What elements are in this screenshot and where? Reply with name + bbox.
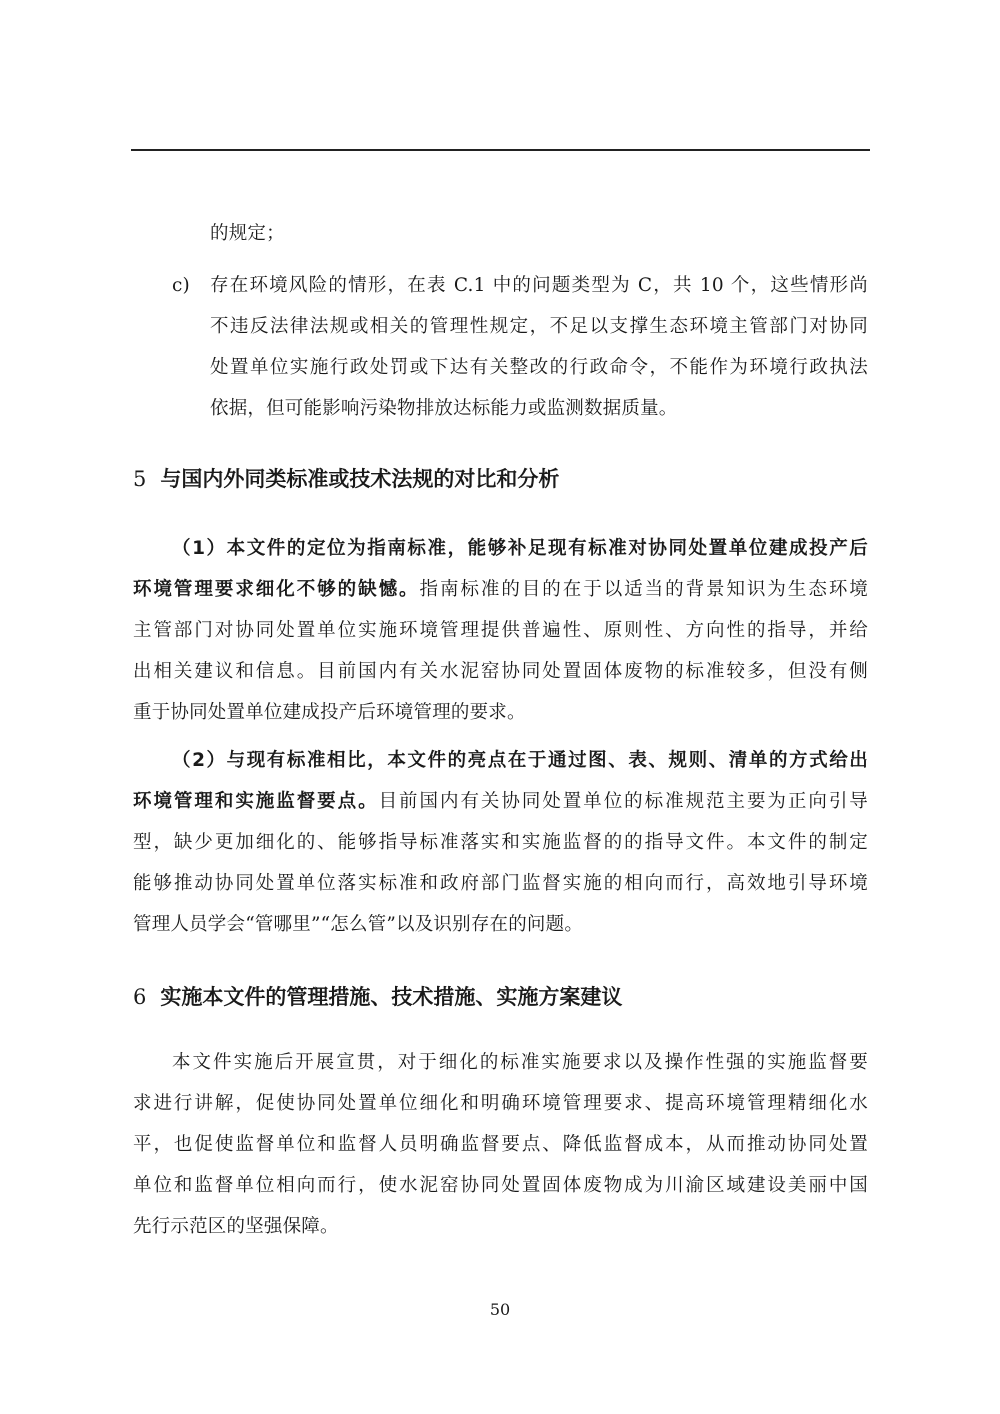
section-number: 5 (133, 467, 146, 491)
page-number: 50 (0, 1300, 1000, 1319)
paragraph-line: 先行示范区的坚强保障。 (133, 1215, 339, 1239)
paragraph-text: 目前国内有关协同处置单位的标准规范主要为正向引导 (379, 791, 868, 812)
paragraph-line: 型，缺少更加细化的、能够指导标准落实和实施监督的的指导文件。本文件的制定 (133, 831, 868, 855)
paragraph-line: 本文件实施后开展宣贯，对于细化的标准实施要求以及操作性强的实施监督要 (172, 1051, 868, 1075)
paragraph-line: 重于协同处置单位建成投产后环境管理的要求。 (133, 701, 526, 725)
section-5-heading: 5与国内外同类标准或技术法规的对比和分析 (133, 466, 559, 492)
section-title: 实施本文件的管理措施、技术措施、实施方案建议 (160, 985, 622, 1009)
bold-lead: 环境管理和实施监督要点。 (133, 791, 379, 812)
section-number: 6 (133, 985, 146, 1009)
list-item-line: 依据，但可能影响污染物排放达标能力或监测数据质量。 (210, 397, 678, 421)
section-title: 与国内外同类标准或技术法规的对比和分析 (160, 467, 559, 491)
paragraph-line: 能够推动协同处置单位落实标准和政府部门监督实施的相向而行，高效地引导环境 (133, 872, 868, 896)
paragraph-line: 单位和监督单位相向而行，使水泥窑协同处置固体废物成为川渝区域建设美丽中国 (133, 1174, 868, 1198)
paragraph-line: 平，也促使监督单位和监督人员明确监督要点、降低监督成本，从而推动协同处置 (133, 1133, 868, 1157)
list-item-line: 处置单位实施行政处罚或下达有关整改的行政命令，不能作为环境行政执法 (210, 356, 868, 380)
list-marker: c) (172, 274, 190, 298)
continuation-text: 的规定； (210, 222, 285, 246)
list-item-line: 存在环境风险的情形，在表 C.1 中的问题类型为 C，共 10 个，这些情形尚 (210, 274, 868, 298)
bold-lead: 环境管理要求细化不够的缺憾。 (133, 579, 420, 600)
paragraph-line: 环境管理和实施监督要点。目前国内有关协同处置单位的标准规范主要为正向引导 (133, 790, 868, 814)
paragraph-line: 出相关建议和信息。目前国内有关水泥窑协同处置固体废物的标准较多，但没有侧 (133, 660, 868, 684)
paragraph-line: 主管部门对协同处置单位实施环境管理提供普遍性、原则性、方向性的指导，并给 (133, 619, 868, 643)
bold-lead: （1）本文件的定位为指南标准，能够补足现有标准对协同处置单位建成投产后 (172, 537, 868, 561)
list-item-line: 不违反法律法规或相关的管理性规定，不足以支撑生态环境主管部门对协同 (210, 315, 868, 339)
paragraph-line: 管理人员学会“管哪里”“怎么管”以及识别存在的问题。 (133, 913, 583, 937)
header-rule (131, 149, 870, 151)
section-6-heading: 6实施本文件的管理措施、技术措施、实施方案建议 (133, 984, 622, 1010)
paragraph-line: 环境管理要求细化不够的缺憾。指南标准的目的在于以适当的背景知识为生态环境 (133, 578, 868, 602)
paragraph-text: 指南标准的目的在于以适当的背景知识为生态环境 (420, 579, 868, 600)
paragraph-line: 求进行讲解，促使协同处置单位细化和明确环境管理要求、提高环境管理精细化水 (133, 1092, 868, 1116)
bold-lead: （2）与现有标准相比，本文件的亮点在于通过图、表、规则、清单的方式给出 (172, 749, 868, 773)
